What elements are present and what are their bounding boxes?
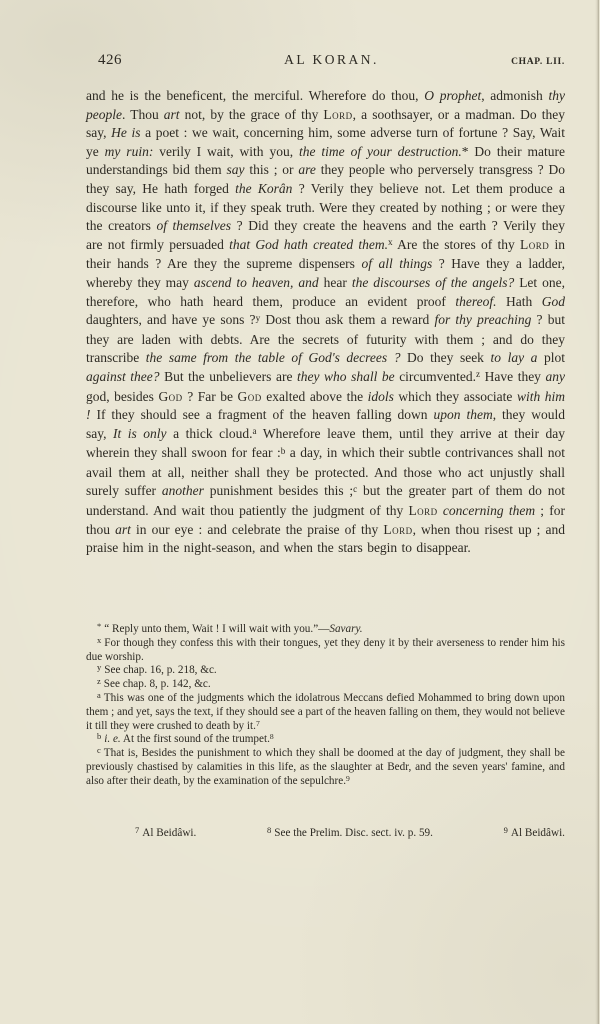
footnote-marker: a	[97, 690, 104, 700]
footnote-text: For though they confess this with their …	[86, 637, 565, 663]
footnote-marker: y	[97, 662, 104, 672]
reference-label: Al Beidâwi.	[511, 827, 565, 839]
footnote-marker: b	[97, 731, 104, 741]
reference-item: 7Al Beidâwi.	[135, 827, 196, 839]
footnote-marker: z	[97, 676, 104, 686]
chapter-label: CHAP. LII.	[511, 57, 565, 67]
reference-label: Al Beidâwi.	[142, 827, 196, 839]
running-title: AL KORAN.	[284, 52, 379, 68]
footnote-text: That is, Besides the punishment to which…	[86, 747, 565, 787]
footnote-text: i. e. At the first sound of the trumpet.…	[104, 733, 273, 745]
reference-marker: 9	[504, 825, 511, 835]
footnote-marker: *	[97, 621, 104, 631]
footnote-text: See chap. 16, p. 218, &c.	[104, 664, 216, 676]
footnote-b: bi. e. At the first sound of the trumpet…	[86, 733, 565, 747]
page-number: 426	[86, 52, 122, 69]
footnotes-section: *“ Reply unto them, Wait ! I will wait w…	[86, 623, 565, 789]
reference-item: 9Al Beidâwi.	[504, 827, 565, 839]
footnote-text: See chap. 8, p. 142, &c.	[104, 678, 211, 690]
footnote-a: aThis was one of the judgments which the…	[86, 692, 565, 733]
footnote-text: “ Reply unto them, Wait ! I will wait wi…	[104, 623, 362, 635]
footnote-x: xFor though they confess this with their…	[86, 637, 565, 665]
footnote-marker: x	[97, 635, 104, 645]
footnote-text: This was one of the judgments which the …	[86, 692, 565, 732]
reference-item: 8See the Prelim. Disc. sect. iv. p. 59.	[267, 827, 433, 839]
reference-marker: 7	[135, 825, 142, 835]
footnote-marker: c	[97, 745, 104, 755]
footnote-c: cThat is, Besides the punishment to whic…	[86, 747, 565, 788]
references-row: 7Al Beidâwi. 8See the Prelim. Disc. sect…	[135, 827, 565, 839]
reference-label: See the Prelim. Disc. sect. iv. p. 59.	[274, 827, 433, 839]
footnote-y: ySee chap. 16, p. 218, &c.	[86, 664, 565, 678]
main-text-paragraph: and he is the beneficent, the merciful. …	[86, 87, 565, 558]
footnote-z: zSee chap. 8, p. 142, &c.	[86, 678, 565, 692]
page-edge-shadow	[595, 0, 599, 1024]
reference-marker: 8	[267, 825, 274, 835]
book-page: 426 AL KORAN. CHAP. LII. and he is the b…	[0, 0, 600, 1024]
footnote-asterisk: *“ Reply unto them, Wait ! I will wait w…	[86, 623, 565, 637]
page-header: 426 AL KORAN. CHAP. LII.	[86, 52, 565, 69]
